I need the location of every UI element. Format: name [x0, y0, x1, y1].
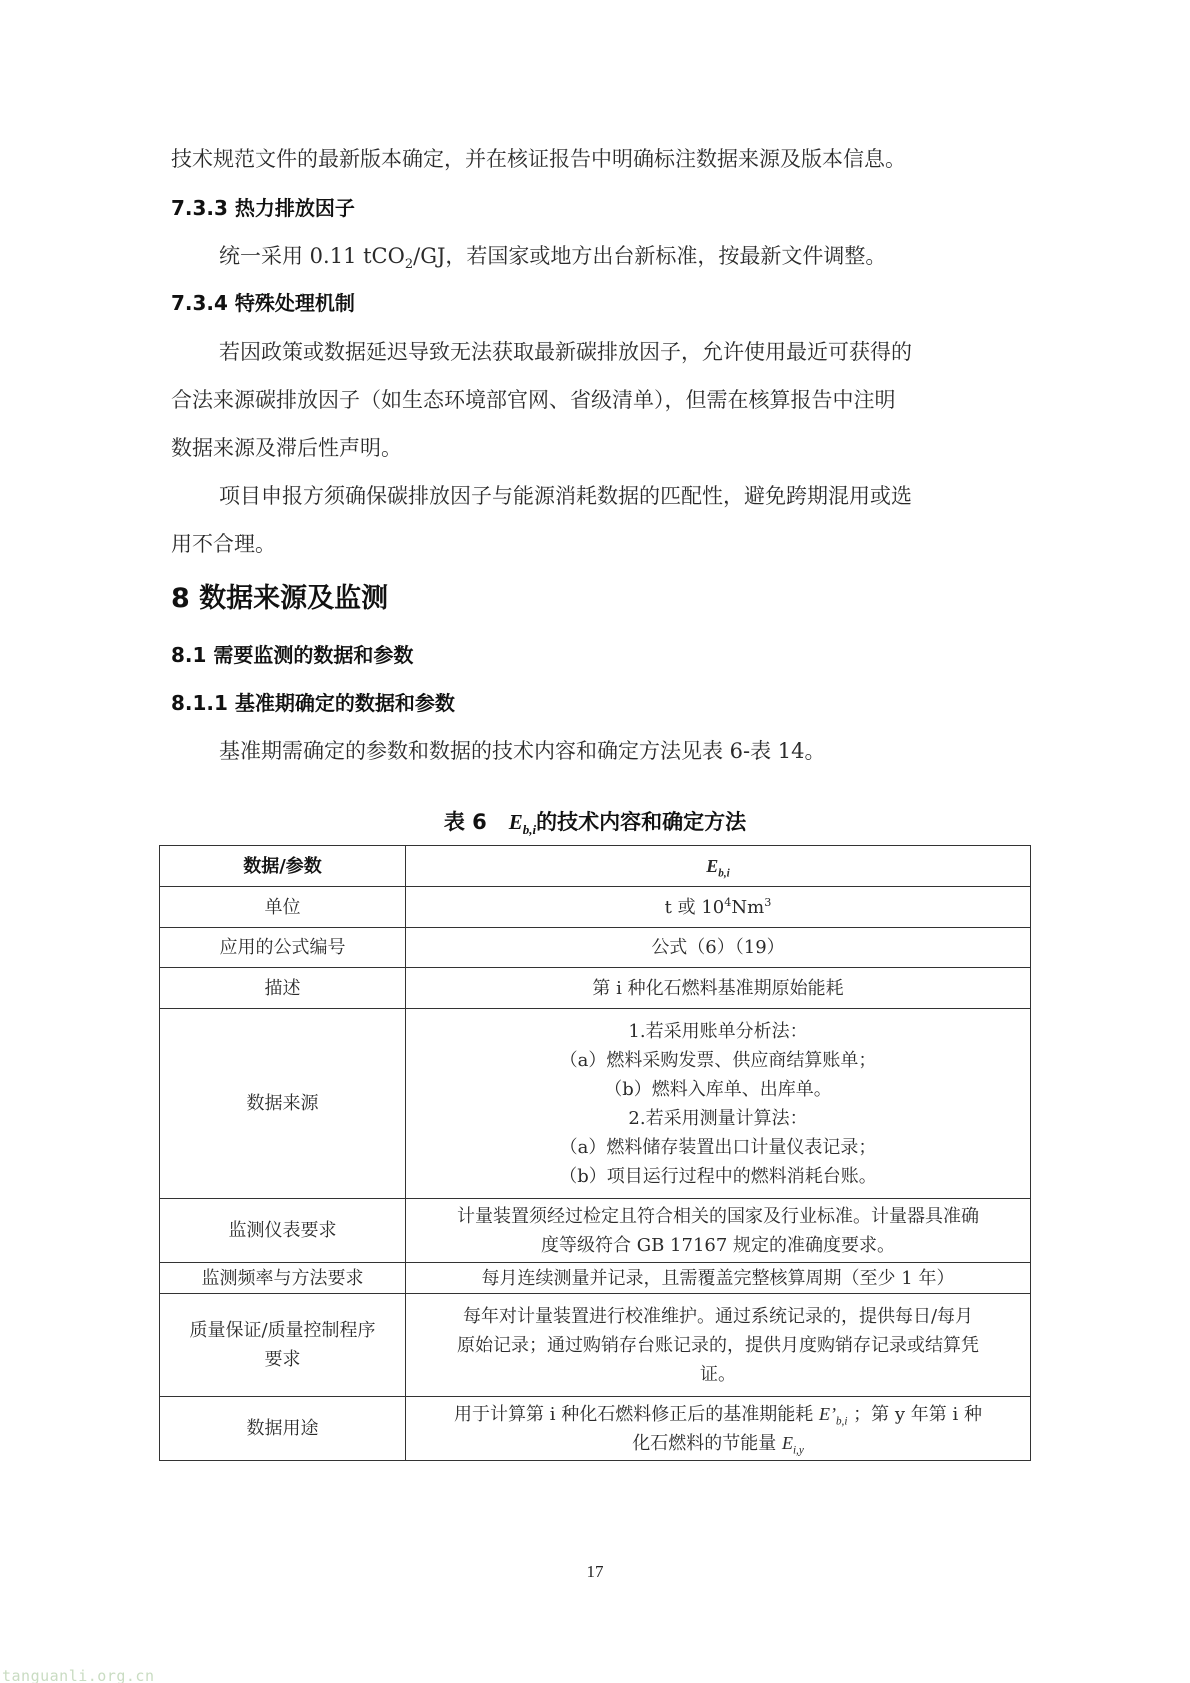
table-row: 应用的公式编号 公式（6）（19）: [160, 928, 1031, 968]
page-number: 17: [0, 1562, 1190, 1582]
value-line: 计量装置须经过检定且符合相关的国家及行业标准。计量器具准确: [412, 1202, 1024, 1231]
row-value: 用于计算第 i 种化石燃料修正后的基准期能耗 E’b,i ；第 y 年第 i 种…: [406, 1397, 1031, 1461]
header-key: 数据/参数: [160, 846, 406, 887]
row-key: 应用的公式编号: [160, 928, 406, 968]
value-line: 化石燃料的节能量 Ei,y: [412, 1429, 1024, 1458]
table-row: 数据用途 用于计算第 i 种化石燃料修正后的基准期能耗 E’b,i ；第 y 年…: [160, 1397, 1031, 1461]
watermark: tanguanli.org.cn: [2, 1667, 155, 1683]
row-value: 公式（6）（19）: [406, 928, 1031, 968]
heading-8-1-1: 8.1.1 基准期确定的数据和参数: [171, 689, 455, 717]
row-key: 单位: [160, 887, 406, 928]
value-line: 度等级符合 GB 17167 规定的准确度要求。: [412, 1231, 1024, 1260]
key-line: 质量保证/质量控制程序: [166, 1316, 399, 1345]
value-line: 用于计算第 i 种化石燃料修正后的基准期能耗 E’b,i ；第 y 年第 i 种: [412, 1400, 1024, 1429]
heading-7-3-4: 7.3.4 特殊处理机制: [171, 289, 355, 317]
row-key: 数据用途: [160, 1397, 406, 1461]
row-key: 监测仪表要求: [160, 1199, 406, 1263]
row-key: 质量保证/质量控制程序 要求: [160, 1294, 406, 1397]
value-line: （a）燃料储存装置出口计量仪表记录；: [412, 1133, 1024, 1162]
table-row-header: 数据/参数 Eb,i: [160, 846, 1031, 887]
table-row: 单位 t 或 104Nm3: [160, 887, 1031, 928]
value-line: 1.若采用账单分析法：: [412, 1017, 1024, 1046]
value-line: （a）燃料采购发票、供应商结算账单；: [412, 1046, 1024, 1075]
row-value: 1.若采用账单分析法： （a）燃料采购发票、供应商结算账单； （b）燃料入库单、…: [406, 1009, 1031, 1199]
row-value: 每月连续测量并记录，且需覆盖完整核算周期（至少 1 年）: [406, 1263, 1031, 1294]
row-value: 第 i 种化石燃料基准期原始能耗: [406, 968, 1031, 1009]
table-row: 质量保证/质量控制程序 要求 每年对计量装置进行校准维护。通过系统记录的，提供每…: [160, 1294, 1031, 1397]
table-row: 监测仪表要求 计量装置须经过检定且符合相关的国家及行业标准。计量器具准确 度等级…: [160, 1199, 1031, 1263]
value-line: 每年对计量装置进行校准维护。通过系统记录的，提供每日/每月: [412, 1302, 1024, 1331]
value-line: 2.若采用测量计算法：: [412, 1104, 1024, 1133]
paragraph-heat-factor: 统一采用 0.11 tCO2/GJ，若国家或地方出台新标准，按最新文件调整。: [219, 242, 886, 270]
heading-7-3-3: 7.3.3 热力排放因子: [171, 194, 355, 222]
paragraph-line: 数据来源及滞后性声明。: [171, 434, 402, 462]
key-line: 要求: [166, 1345, 399, 1374]
paragraph-intro: 基准期需确定的参数和数据的技术内容和确定方法见表 6-表 14。: [219, 737, 826, 765]
value-line: 证。: [412, 1360, 1024, 1389]
parameter-table: 数据/参数 Eb,i 单位 t 或 104Nm3 应用的公式编号 公式（6）（1…: [159, 845, 1031, 1461]
paragraph-line: 用不合理。: [171, 530, 276, 558]
value-line: 原始记录；通过购销存台账记录的，提供月度购销存记录或结算凭: [412, 1331, 1024, 1360]
row-key: 描述: [160, 968, 406, 1009]
row-value: 每年对计量装置进行校准维护。通过系统记录的，提供每日/每月 原始记录；通过购销存…: [406, 1294, 1031, 1397]
paragraph-continuation: 技术规范文件的最新版本确定，并在核证报告中明确标注数据来源及版本信息。: [171, 145, 906, 173]
table-row: 数据来源 1.若采用账单分析法： （a）燃料采购发票、供应商结算账单； （b）燃…: [160, 1009, 1031, 1199]
heading-8: 8 数据来源及监测: [171, 582, 388, 616]
row-key: 数据来源: [160, 1009, 406, 1199]
row-key: 监测频率与方法要求: [160, 1263, 406, 1294]
row-value: t 或 104Nm3: [406, 887, 1031, 928]
paragraph-line: 若因政策或数据延迟导致无法获取最新碳排放因子，允许使用最近可获得的: [219, 338, 912, 366]
row-value: 计量装置须经过检定且符合相关的国家及行业标准。计量器具准确 度等级符合 GB 1…: [406, 1199, 1031, 1263]
header-value: Eb,i: [406, 846, 1031, 887]
table-caption: 表 6 Eb,i的技术内容和确定方法: [0, 806, 1190, 836]
paragraph-line: 合法来源碳排放因子（如生态环境部官网、省级清单），但需在核算报告中注明: [171, 386, 896, 414]
heading-8-1: 8.1 需要监测的数据和参数: [171, 641, 413, 669]
value-line: （b）项目运行过程中的燃料消耗台账。: [412, 1162, 1024, 1191]
paragraph-line: 项目申报方须确保碳排放因子与能源消耗数据的匹配性，避免跨期混用或选: [219, 482, 912, 510]
table-row: 监测频率与方法要求 每月连续测量并记录，且需覆盖完整核算周期（至少 1 年）: [160, 1263, 1031, 1294]
table-row: 描述 第 i 种化石燃料基准期原始能耗: [160, 968, 1031, 1009]
value-line: （b）燃料入库单、出库单。: [412, 1075, 1024, 1104]
